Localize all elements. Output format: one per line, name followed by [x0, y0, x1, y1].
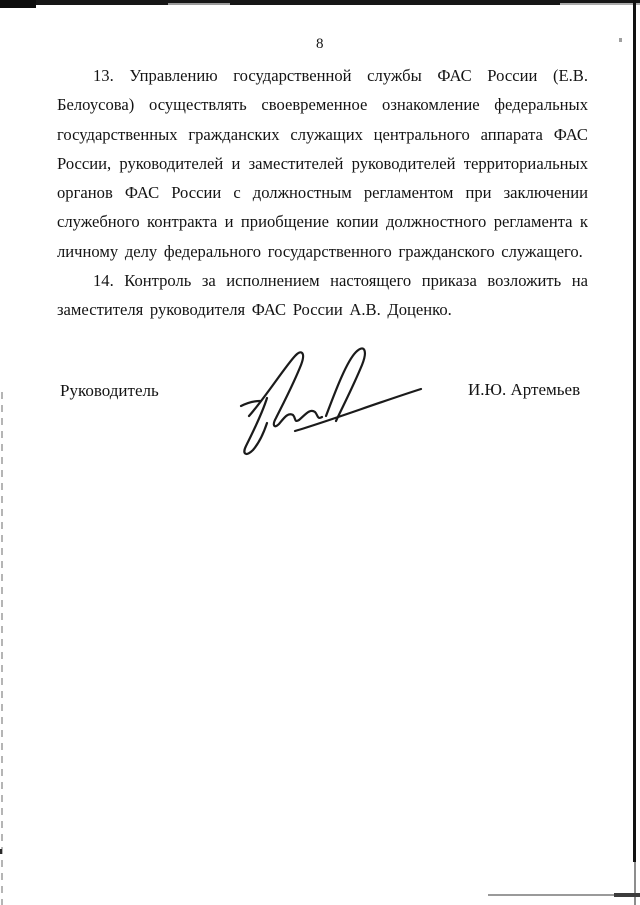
- signature-icon: [237, 344, 427, 460]
- scan-edge-right: [633, 0, 636, 862]
- handwritten-signature: [237, 344, 427, 460]
- scan-speck: [0, 849, 2, 854]
- scan-edge-left-dashed: [1, 392, 3, 905]
- scanned-document-page: 8 13. Управлению государственной службы …: [0, 0, 640, 905]
- paragraph-item-13: 13. Управлению государственной службы ФА…: [57, 61, 588, 266]
- scan-edge-bottom-corner: [614, 893, 640, 897]
- scan-edge-top-gray-seg: [168, 3, 230, 5]
- scan-edge-top-gray-seg2: [560, 3, 640, 5]
- document-body: 13. Управлению государственной службы ФА…: [57, 61, 588, 325]
- signer-position-label: Руководитель: [60, 381, 159, 401]
- page-number: 8: [0, 36, 640, 53]
- scan-edge-top-dark-left: [0, 0, 36, 8]
- scan-edge-right-lower: [634, 862, 636, 905]
- scan-edge-top: [0, 0, 640, 5]
- signer-name: И.Ю. Артемьев: [468, 380, 580, 400]
- paragraph-item-14: 14. Контроль за исполнением настоящего п…: [57, 266, 588, 325]
